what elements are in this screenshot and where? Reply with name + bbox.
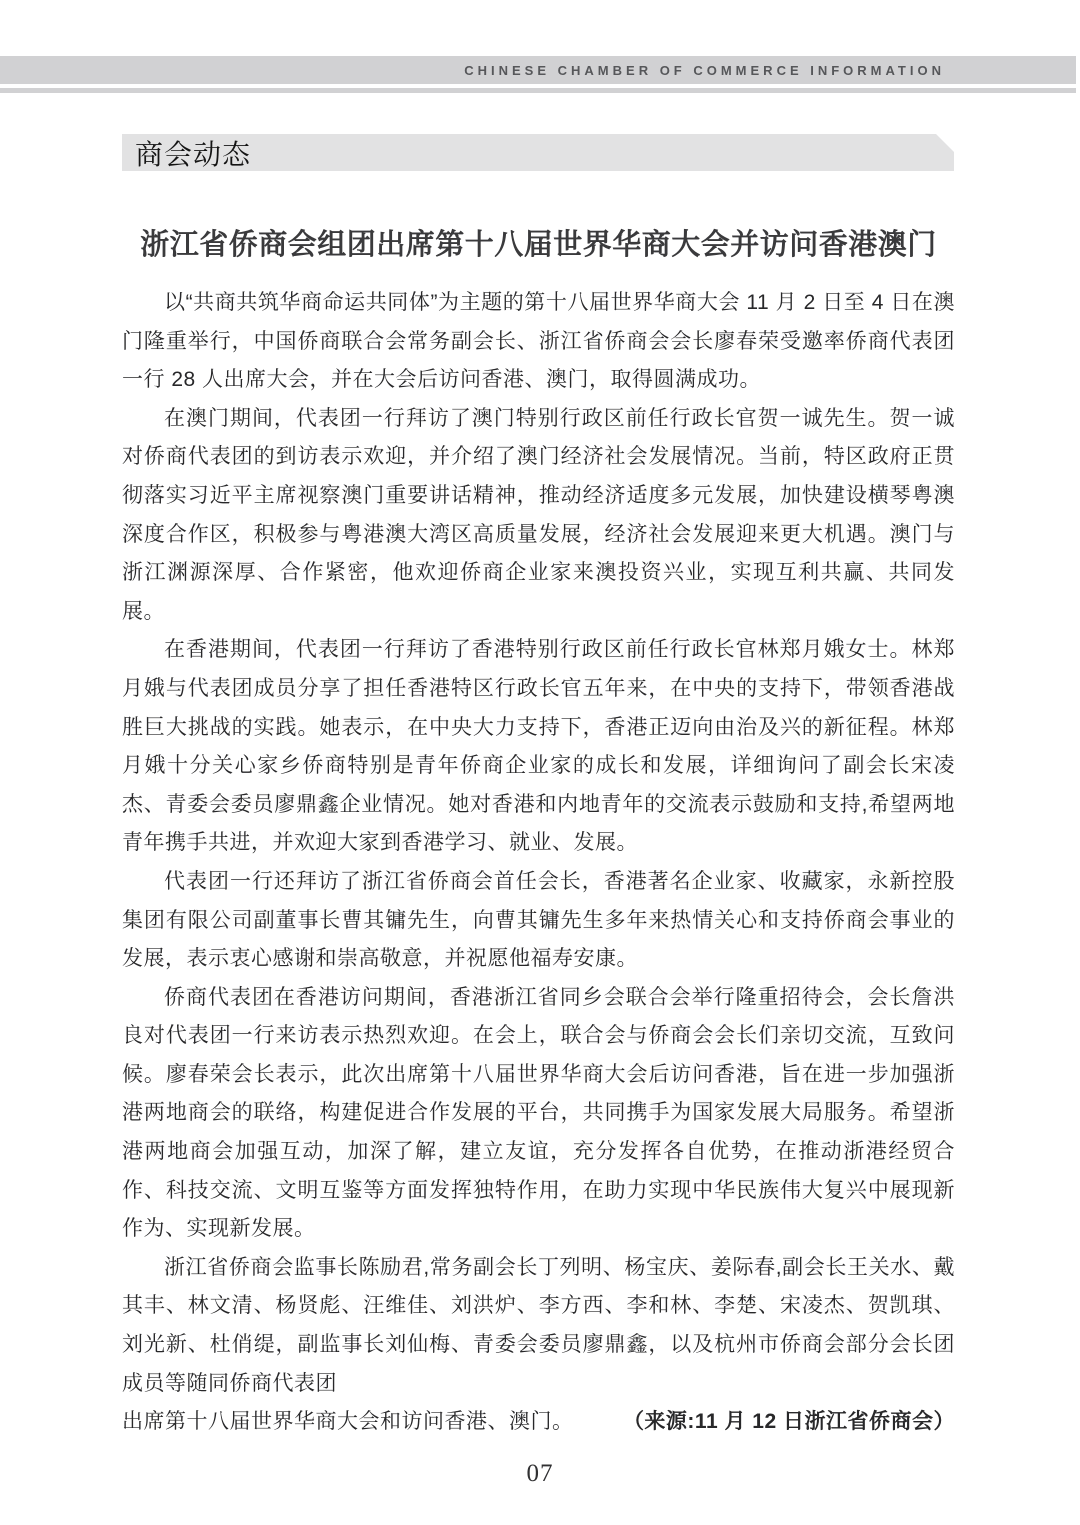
- article-closing-text: 出席第十八届世界华商大会和访问香港、澳门。: [122, 1403, 574, 1442]
- section-title: 商会动态: [135, 133, 251, 173]
- header-banner-text: CHINESE CHAMBER OF COMMERCE INFORMATION: [464, 63, 945, 78]
- header-rule: [0, 88, 1076, 93]
- article-paragraph: 浙江省侨商会监事长陈励君,常务副会长丁列明、杨宝庆、姜际春,副会长王关水、戴其丰…: [122, 1249, 955, 1403]
- section-header: 商会动态: [122, 134, 954, 171]
- article-title: 浙江省侨商会组团出席第十八届世界华商大会并访问香港澳门: [122, 222, 955, 263]
- header-banner: CHINESE CHAMBER OF COMMERCE INFORMATION: [0, 56, 1076, 84]
- article-paragraph: 在澳门期间，代表团一行拜访了澳门特别行政区前任行政长官贺一诚先生。贺一诚对侨商代…: [122, 400, 955, 632]
- article-source: （来源:11 月 12 日浙江省侨商会）: [623, 1403, 955, 1442]
- article-paragraph: 代表团一行还拜访了浙江省侨商会首任会长，香港著名企业家、收藏家，永新控股集团有限…: [122, 863, 955, 979]
- article-paragraph: 侨商代表团在香港访问期间，香港浙江省同乡会联合会举行隆重招待会，会长詹洪良对代表…: [122, 979, 955, 1249]
- article-body: 以“共商共筑华商命运共同体”为主题的第十八届世界华商大会 11 月 2 日至 4…: [122, 284, 955, 1442]
- article-closing-row: 出席第十八届世界华商大会和访问香港、澳门。 （来源:11 月 12 日浙江省侨商…: [122, 1403, 955, 1442]
- article-paragraph: 以“共商共筑华商命运共同体”为主题的第十八届世界华商大会 11 月 2 日至 4…: [122, 284, 955, 400]
- page-number: 07: [0, 1460, 1080, 1488]
- article-paragraph: 在香港期间，代表团一行拜访了香港特别行政区前任行政长官林郑月娥女士。林郑月娥与代…: [122, 631, 955, 863]
